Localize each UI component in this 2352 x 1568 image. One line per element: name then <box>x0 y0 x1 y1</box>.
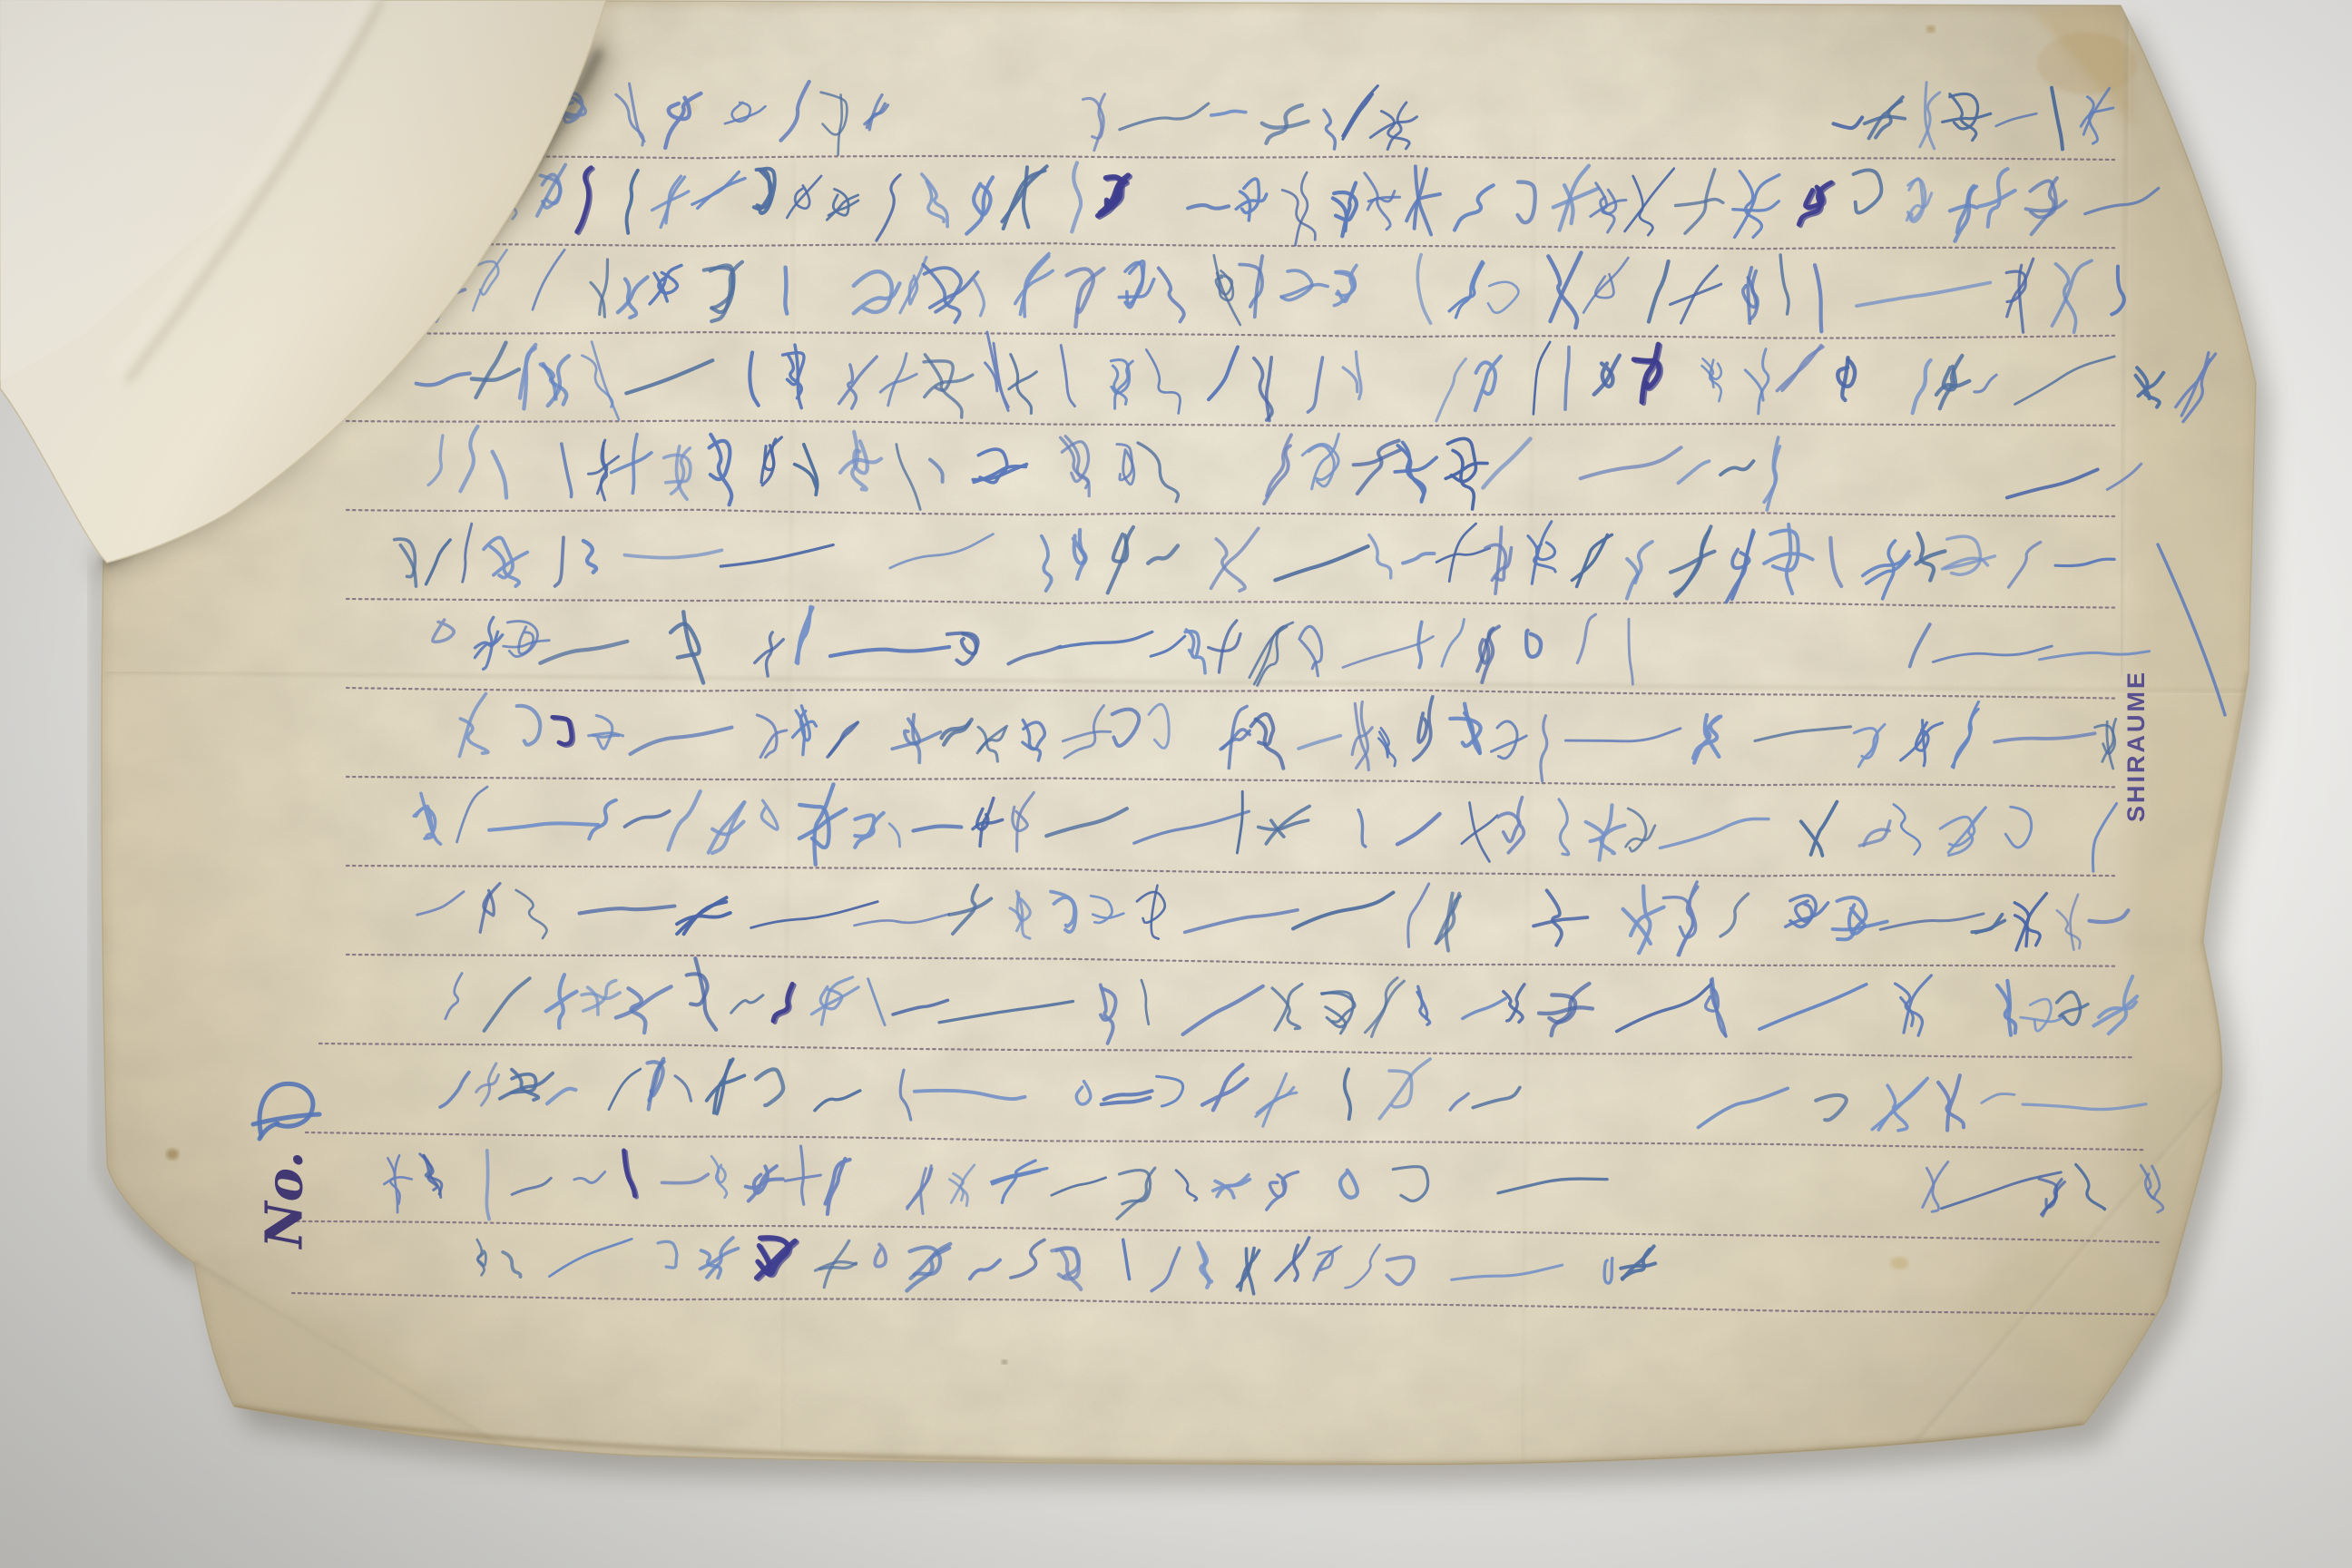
stain <box>166 1149 179 1160</box>
brand-watermark: SHIRAUME <box>2122 670 2150 822</box>
stain <box>1926 25 1935 33</box>
stain <box>2037 33 2137 94</box>
no-label: No. <box>255 1151 315 1249</box>
photo-of-handwritten-letter: No. SHIRAUME <box>0 0 2352 1568</box>
document-photo-svg: No. SHIRAUME <box>0 0 2352 1568</box>
stain <box>1890 1257 1908 1269</box>
stain <box>1002 1360 1007 1365</box>
